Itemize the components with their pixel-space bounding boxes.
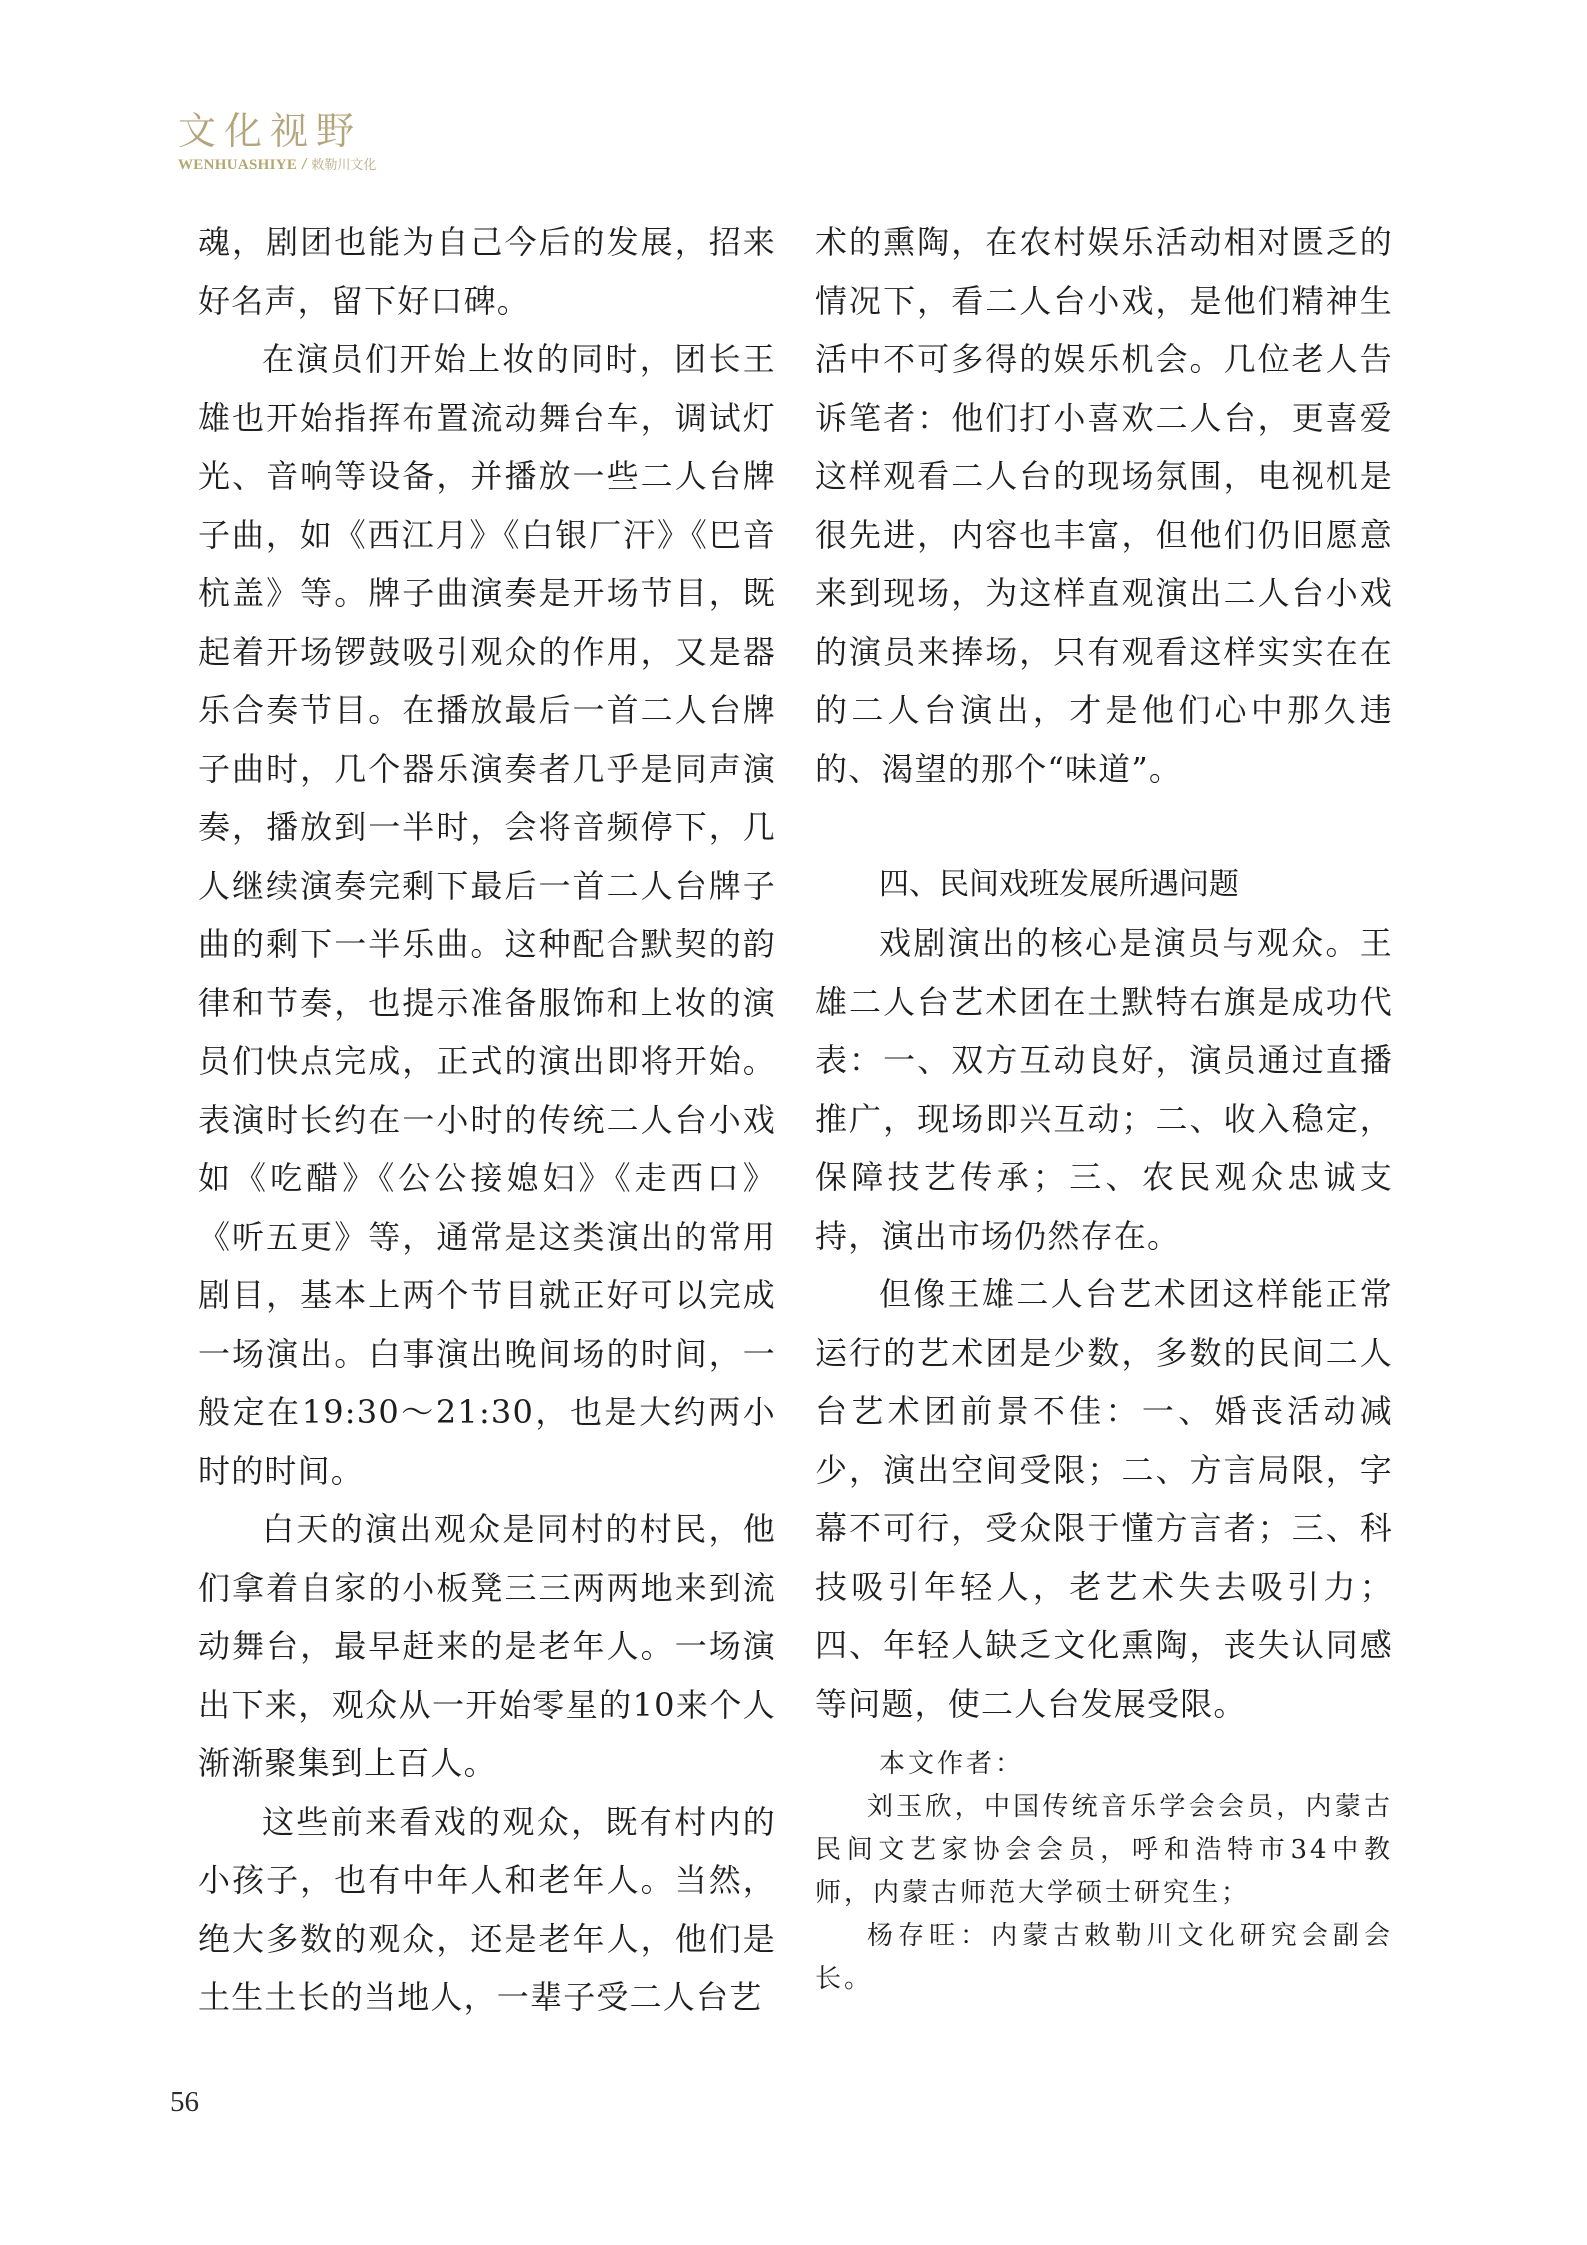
right-text-column: 术的熏陶，在农村娱乐活动相对匮乏的情况下，看二人台小戏，是他们精神生活中不可多得… xyxy=(815,213,1393,2001)
paragraph: 戏剧演出的核心是演员与观众。王雄二人台艺术团在土默特右旗是成功代表：一、双方互动… xyxy=(815,914,1393,1265)
paragraph-continuation: 术的熏陶，在农村娱乐活动相对匮乏的情况下，看二人台小戏，是他们精神生活中不可多得… xyxy=(815,213,1393,798)
section-subtitle: WENHUASHIYE / 敕勒川文化 xyxy=(178,156,376,175)
paragraph: 这些前来看戏的观众，既有村内的小孩子，也有中年人和老年人。当然，绝大多数的观众，… xyxy=(198,1793,776,2027)
paragraph: 但像王雄二人台艺术团这样能正常运行的艺术团是少数，多数的民间二人台艺术团前景不佳… xyxy=(815,1265,1393,1733)
paragraph: 白天的演出观众是同村的村民，他们拿着自家的小板凳三三两两地来到流动舞台，最早赶来… xyxy=(198,1500,776,1793)
author-note-label: 本文作者： xyxy=(815,1743,1393,1786)
author-note-entry: 杨存旺：内蒙古敕勒川文化研究会副会长。 xyxy=(815,1915,1393,2001)
subtitle-separator: / xyxy=(302,156,306,174)
author-note-entry: 刘玉欣，中国传统音乐学会会员，内蒙古民间文艺家协会会员，呼和浩特市34中教师，内… xyxy=(815,1786,1393,1915)
left-text-column: 魂，剧团也能为自己今后的发展，招来好名声，留下好口碑。 在演员们开始上妆的同时，… xyxy=(198,213,776,2027)
author-note: 本文作者： 刘玉欣，中国传统音乐学会会员，内蒙古民间文艺家协会会员，呼和浩特市3… xyxy=(815,1743,1393,2001)
section-subtitle-chinese: 敕勒川文化 xyxy=(311,157,376,175)
section-title: 文化视野 xyxy=(178,108,376,154)
section-heading: 四、民间戏班发展所遇问题 xyxy=(815,856,1393,914)
paragraph-continuation: 魂，剧团也能为自己今后的发展，招来好名声，留下好口碑。 xyxy=(198,213,776,330)
page-number: 56 xyxy=(170,2086,199,2119)
paragraph: 在演员们开始上妆的同时，团长王雄也开始指挥布置流动舞台车，调试灯光、音响等设备，… xyxy=(198,330,776,1500)
magazine-section-header: 文化视野 WENHUASHIYE / 敕勒川文化 xyxy=(178,108,376,175)
section-subtitle-english: WENHUASHIYE xyxy=(178,156,297,174)
